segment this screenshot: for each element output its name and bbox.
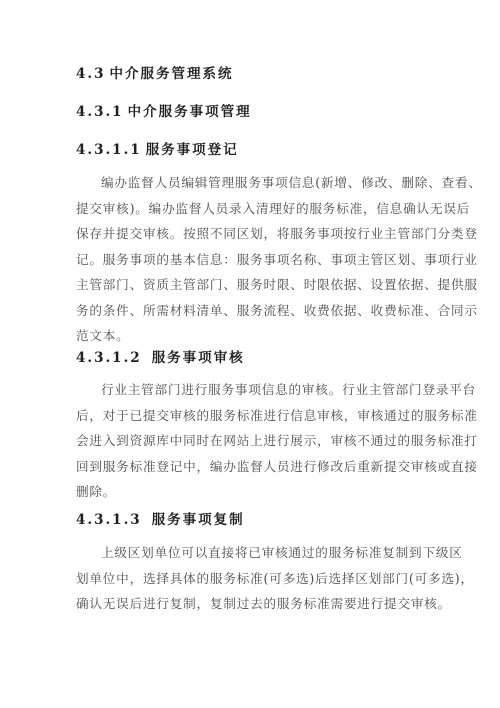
paragraph-line: 范文本。 [76,323,428,349]
paragraph-line: 上级区划单位可以直接将已审核通过的服务标准复制到下级区 [76,540,428,566]
paragraph-service-registration: 编办监督人员编辑管理服务事项信息(新增、修改、删除、查看、 提交审核)。编办监督… [76,170,428,349]
paragraph-line: 务的条件、所需材料清单、服务流程、收费依据、收费标准、合同示 [76,298,428,324]
paragraph-service-review: 行业主管部门进行服务事项信息的审核。行业主管部门登录平台 后，对于已提交审核的服… [76,377,428,505]
document-page: 4.3中介服务管理系统 4.3.1中介服务事项管理 4.3.1.1服务事项登记 … [0,0,500,708]
paragraph-line: 主管部门、资质主管部门、服务时限、时限依据、设置依据、提供服 [76,272,428,298]
paragraph-line: 提交审核)。编办监督人员录入清理好的服务标准，信息确认无误后 [76,196,428,222]
paragraph-line: 保存并提交审核。按照不同区划，将服务事项按行业主管部门分类登 [76,221,428,247]
section-heading-4-3-1: 4.3.1中介服务事项管理 [76,100,252,120]
section-title: 服务事项复制 [152,512,245,528]
section-heading-4-3-1-3: 4.3.1.3服务事项复制 [76,508,245,528]
paragraph-line: 划单位中，选择具体的服务标准(可多选)后选择区划部门(可多选)， [76,566,428,592]
paragraph-line: 会进入到资源库中同时在网站上进行展示，审核不通过的服务标准打 [76,428,428,454]
paragraph-line: 编办监督人员编辑管理服务事项信息(新增、修改、删除、查看、 [76,170,428,196]
section-title: 服务事项审核 [152,350,245,366]
paragraph-line: 回到服务标准登记中，编办监督人员进行修改后重新提交审核或直接 [76,454,428,480]
section-title: 中介服务管理系统 [110,66,234,82]
section-title: 服务事项登记 [146,142,239,158]
section-heading-4-3-1-2: 4.3.1.2服务事项审核 [76,346,245,366]
section-title: 中介服务事项管理 [128,104,252,120]
paragraph-line: 行业主管部门进行服务事项信息的审核。行业主管部门登录平台 [76,377,428,403]
paragraph-line: 删除。 [76,479,428,505]
section-heading-4-3-1-1: 4.3.1.1服务事项登记 [76,138,239,158]
section-number: 4.3 [76,66,106,82]
section-number: 4.3.1.1 [76,142,142,158]
section-number: 4.3.1 [76,104,124,120]
paragraph-line: 记。服务事项的基本信息：服务事项名称、事项主管区划、事项行业 [76,247,428,273]
paragraph-line: 确认无误后进行复制，复制过去的服务标准需要进行提交审核。 [76,591,428,617]
section-number: 4.3.1.3 [76,512,142,528]
section-number: 4.3.1.2 [76,350,142,366]
paragraph-line: 后，对于已提交审核的服务标准进行信息审核，审核通过的服务标准 [76,403,428,429]
paragraph-service-copy: 上级区划单位可以直接将已审核通过的服务标准复制到下级区 划单位中，选择具体的服务… [76,540,428,617]
section-heading-4-3: 4.3中介服务管理系统 [76,62,234,82]
